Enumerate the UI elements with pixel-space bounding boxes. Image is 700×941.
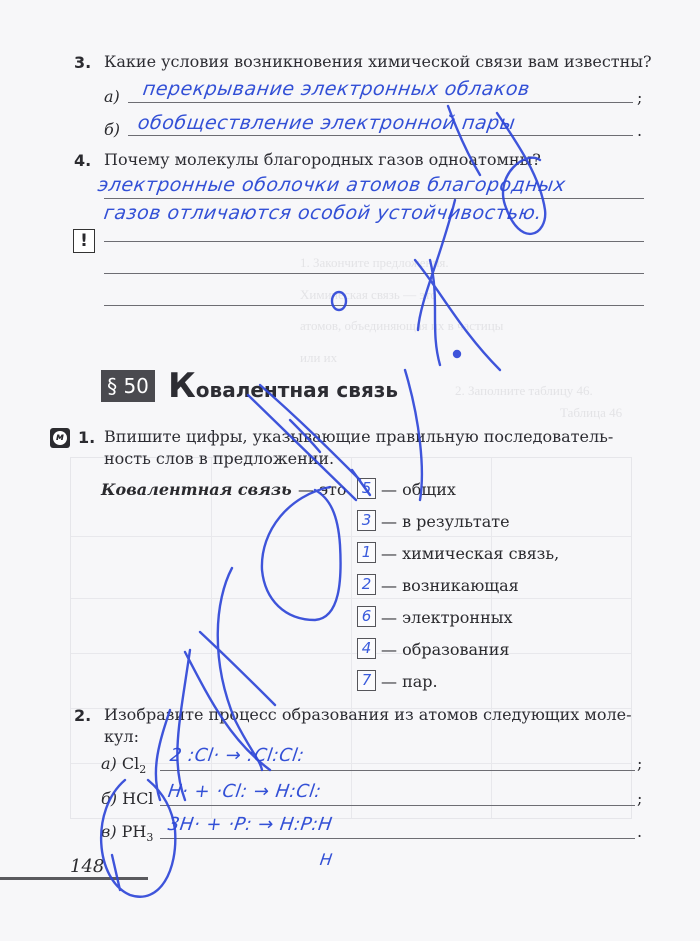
molecule-label: б) HCl: [101, 789, 153, 808]
answer-line: [104, 198, 644, 199]
order-box[interactable]: 3: [357, 510, 376, 531]
task-number: 2.: [74, 706, 91, 725]
handwritten-answer[interactable]: обобществление электронной пары: [136, 112, 516, 134]
handwritten-formula[interactable]: 3H· + ·P: → H:P:H: [167, 814, 334, 835]
handwritten-formula: H: [319, 850, 334, 869]
order-box[interactable]: 4: [357, 638, 376, 659]
answer-line: [104, 241, 644, 242]
bleedthrough-table: [70, 457, 632, 819]
bleedthrough-text: Таблица 46: [560, 405, 622, 421]
punctuation: ;: [637, 789, 642, 808]
answer-label: а): [104, 87, 120, 106]
method-icon: м: [50, 428, 70, 448]
section-title: Ковалентная связь: [168, 366, 398, 406]
task-text: ность слов в предложении.: [104, 449, 334, 468]
answer-line: [104, 273, 644, 274]
order-box[interactable]: 2: [357, 574, 376, 595]
workbook-page: 1. Закончите предложения. Химическая свя…: [0, 0, 700, 941]
molecule-label: в) PH3: [101, 822, 153, 844]
molecule-label: а) Cl2: [101, 754, 146, 776]
order-word: — электронных: [381, 608, 513, 627]
answer-line: [160, 838, 635, 839]
definition-term: Ковалентная связь: [101, 480, 292, 499]
punctuation: ;: [637, 754, 642, 773]
punctuation: ;: [637, 88, 642, 107]
question-number: 4.: [74, 151, 91, 170]
section-title-rest: овалентная связь: [196, 378, 398, 402]
handwritten-answer[interactable]: перекрывание электронных облаков: [141, 78, 531, 100]
section-title-initial: К: [168, 366, 196, 406]
answer-line: [160, 770, 635, 771]
order-word: — химическая связь,: [381, 544, 559, 563]
bleedthrough-text: или их: [300, 350, 337, 366]
order-word: — образования: [381, 640, 509, 659]
answer-line: [128, 135, 633, 136]
answer-line: [128, 102, 633, 103]
order-box[interactable]: 7: [357, 670, 376, 691]
task-text: Изобразите процесс образования из атомов…: [104, 705, 632, 724]
order-box[interactable]: 1: [357, 542, 376, 563]
bleedthrough-text: атомов, объединяющая их в частицы: [300, 318, 503, 334]
page-footer-rule: [0, 877, 148, 880]
answer-line: [104, 305, 644, 306]
order-box[interactable]: 6: [357, 606, 376, 627]
punctuation: .: [637, 822, 642, 841]
page-number: 148: [70, 856, 104, 877]
important-note-icon: !: [73, 229, 95, 253]
question-text: Какие условия возникновения химической с…: [104, 52, 652, 71]
task-text: кул:: [104, 727, 139, 746]
bleedthrough-text: 2. Заполните таблицу 46.: [455, 383, 593, 399]
handwritten-formula[interactable]: 2 :Cl· → :Cl:Cl:: [169, 745, 306, 766]
task-number: 1.: [78, 428, 95, 447]
task-text: Впишите цифры, указывающие правильную по…: [104, 427, 613, 446]
handwritten-answer[interactable]: газов отличаются особой устойчивостью.: [102, 202, 543, 224]
order-word: — общих: [381, 480, 456, 499]
bleedthrough-text: 1. Закончите предложения.: [300, 255, 449, 271]
handwritten-answer[interactable]: электронные оболочки атомов благородных: [96, 174, 567, 196]
bleedthrough-text: Химическая связь — это: [300, 287, 437, 303]
punctuation: .: [637, 121, 642, 140]
order-box[interactable]: 5: [357, 478, 376, 499]
answer-line: [160, 805, 635, 806]
order-word: — в результате: [381, 512, 510, 531]
answer-label: б): [104, 120, 120, 139]
order-word: — пар.: [381, 672, 438, 691]
order-word: — возникающая: [381, 576, 519, 595]
question-text: Почему молекулы благородных газов одноат…: [104, 150, 541, 169]
handwritten-formula[interactable]: H· + ·Cl: → H:Cl:: [167, 781, 323, 802]
definition-connector: — это: [298, 480, 347, 499]
question-number: 3.: [74, 53, 91, 72]
section-number-badge: § 50: [101, 370, 155, 402]
